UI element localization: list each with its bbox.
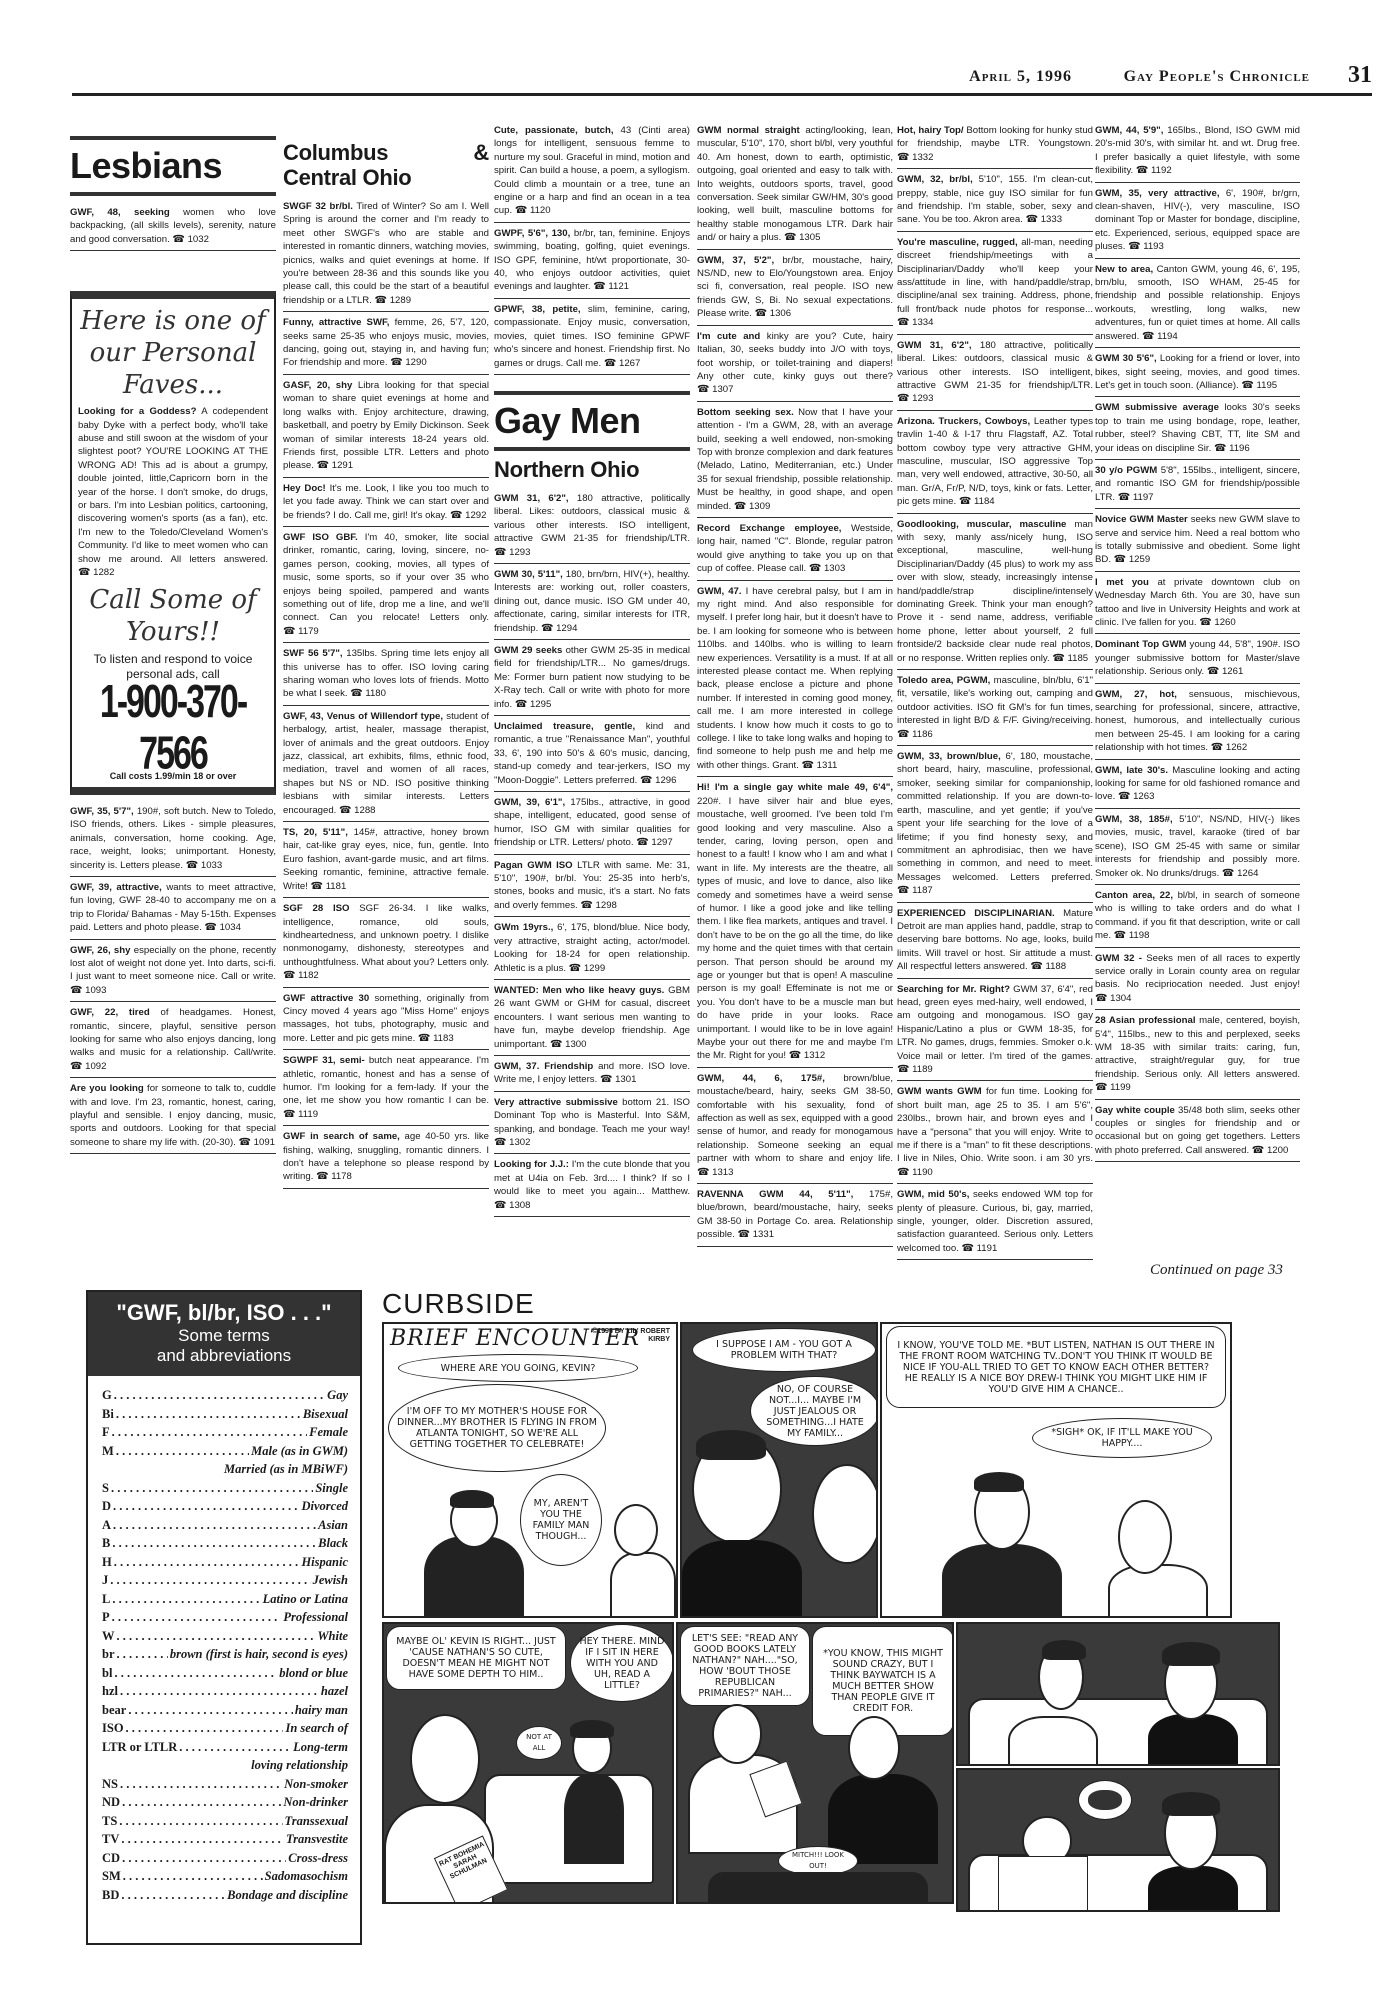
ad-lead: Looking for J.J.: (494, 1159, 569, 1170)
ad-box-number[interactable]: ☎ 1312 (789, 1050, 825, 1061)
glossary-item: BBlack (102, 1534, 348, 1553)
ad-box-number[interactable]: ☎ 1305 (784, 232, 820, 243)
faves-heading: Here is one of our Personal Faves... (78, 305, 268, 401)
personal-ad: GWM wants GWM for fun time. Looking for … (897, 1081, 1093, 1184)
comic-panel-7 (956, 1768, 1280, 1912)
box-number: 1267 (619, 358, 640, 369)
ad-text: I'm 40, smoker, lite social drinker, rom… (283, 532, 489, 623)
ad-box-number[interactable]: ☎ 1299 (569, 963, 605, 974)
ad-box-number[interactable]: ☎ 1267 (604, 358, 640, 369)
glossary-definition: blond or blue (279, 1664, 348, 1683)
glossary-item: FFemale (102, 1423, 348, 1442)
ad-box-number[interactable]: ☎ 1297 (636, 837, 672, 848)
box-number: 1313 (712, 1167, 733, 1178)
phone-icon: ☎ (1030, 961, 1042, 972)
phone-icon: ☎ (186, 860, 198, 871)
glossary-item: blblond or blue (102, 1664, 348, 1683)
box-number: 1091 (254, 1137, 275, 1148)
ad-box-number[interactable]: ☎ 1313 (697, 1167, 733, 1178)
box-number: 1294 (556, 623, 577, 634)
ad-box-number[interactable]: ☎ 1301 (600, 1074, 636, 1085)
ad-box-number[interactable]: ☎ 1296 (640, 775, 676, 786)
phone-icon: ☎ (70, 985, 82, 996)
glossary-definition: Divorced (301, 1497, 348, 1516)
phone-icon: ☎ (515, 205, 527, 216)
speech-bubble: HEY THERE. MIND IF I SIT IN HERE WITH YO… (570, 1624, 674, 1702)
dot-leader (121, 1886, 225, 1905)
box-number: 1293 (509, 547, 530, 558)
glossary-abbr: ISO (102, 1719, 124, 1738)
box-number: 1120 (530, 205, 551, 216)
glossary-item: TVTransvestite (102, 1830, 348, 1849)
glossary-definition: Transvestite (286, 1830, 348, 1849)
box-number: 1188 (1045, 961, 1066, 972)
ad-box-number[interactable]: ☎ 1308 (494, 1200, 530, 1211)
ad-lead: GWM, 35, very attractive, (1095, 188, 1220, 199)
personal-ad: SWGF 32 br/bl. Tired of Winter? So am I.… (283, 196, 489, 312)
glossary-definition: Transsexual (285, 1812, 348, 1831)
phone-icon: ☎ (897, 729, 909, 740)
phone-icon: ☎ (897, 1167, 909, 1178)
ad-text: 220#. I have silver hair and blue eyes, … (697, 796, 893, 1062)
ad-box-number[interactable]: ☎ 1092 (70, 1061, 106, 1072)
ad-box-number[interactable]: ☎ 1332 (897, 152, 933, 163)
ad-box-number[interactable]: ☎ 1295 (515, 699, 551, 710)
ad-text: 6', 180, moustache, short beard, hairy, … (897, 751, 1093, 883)
ad-box-number[interactable]: ☎ 1189 (897, 1064, 933, 1075)
box-number: 1198 (1129, 930, 1150, 941)
featured-ad: Looking for a Goddess? A codependent bab… (78, 401, 268, 583)
phone-icon: ☎ (1118, 492, 1130, 503)
scribble-icon (1088, 1790, 1122, 1810)
dot-leader (117, 1627, 316, 1646)
personal-ad: Hot, hairy Top/ Bottom looking for hunky… (897, 120, 1093, 169)
glossary-definition: Professional (283, 1608, 348, 1627)
personal-ad: I'm cute and kinky are you? Cute, hairy … (697, 326, 893, 402)
phone-icon: ☎ (734, 501, 746, 512)
ad-box-number[interactable]: ☎ 1292 (450, 510, 486, 521)
ad-box-number[interactable]: ☎ 1032 (172, 234, 208, 245)
character-kevin (942, 1544, 1062, 1618)
personal-ad: GWM, 32, br/bl, 5'10", 155. I'm clean-cu… (897, 169, 1093, 232)
thought-bubble: LET'S SEE: "READ ANY GOOD BOOKS LATELY N… (680, 1626, 810, 1706)
personal-faves-box: Here is one of our Personal Faves... Loo… (70, 291, 276, 795)
ad-lead: GWM normal straight (697, 125, 800, 136)
box-number: 1295 (530, 699, 551, 710)
ad-lead: Bottom seeking sex. (697, 407, 794, 418)
box-number: 1297 (651, 837, 672, 848)
ad-box-number[interactable]: ☎ 1120 (515, 205, 551, 216)
glossary-definition: Latino or Latina (263, 1590, 348, 1609)
ad-box-number[interactable]: ☎ 1333 (1026, 214, 1062, 225)
ad-list: GWF, 48, seeking women who love backpack… (70, 202, 276, 251)
dot-leader (114, 1386, 325, 1405)
ad-list: Hot, hairy Top/ Bottom looking for hunky… (897, 120, 1093, 1260)
personal-ad: GPWF, 38, petite, slim, feminine, caring… (494, 299, 690, 375)
call-heading: Call Some of Yours!! (78, 584, 268, 648)
phone-icon: ☎ (1211, 742, 1223, 753)
dot-leader (112, 1608, 282, 1627)
ad-box-number[interactable]: ☎ 1190 (897, 1167, 933, 1178)
phone-icon: ☎ (897, 1064, 909, 1075)
ad-box-number[interactable]: ☎ 1180 (350, 688, 386, 699)
dot-leader (126, 1719, 284, 1738)
ad-box-number[interactable]: ☎ 1188 (1030, 961, 1066, 972)
personal-ad: SGF 28 ISO SGF 26-34. I like walks, inte… (283, 898, 489, 987)
glossary-item: NSNon-smoker (102, 1775, 348, 1794)
ad-box-number[interactable]: ☎ 1193 (1128, 241, 1164, 252)
character-hair (570, 1720, 614, 1738)
box-number: 1262 (1226, 742, 1247, 753)
glossary-abbr: bear (102, 1701, 126, 1720)
section-heading-gay-men: Gay Men (494, 391, 690, 451)
ad-box-number[interactable]: ☎ 1182 (283, 970, 319, 981)
personal-ad: GWF, 48, seeking women who love backpack… (70, 202, 276, 251)
ad-lead: 28 Asian professional (1095, 1015, 1196, 1026)
box-number: 1307 (712, 384, 733, 395)
ad-box-number[interactable]: ☎ 1191 (962, 1243, 998, 1254)
box-number: 1331 (753, 1229, 774, 1240)
glossary-abbr: J (102, 1571, 108, 1590)
ad-lead: Novice GWM Master (1095, 514, 1188, 525)
speech-bubble: I'M OFF TO MY MOTHER'S HOUSE FOR DINNER.… (388, 1384, 606, 1472)
ad-box-number[interactable]: ☎ 1184 (959, 496, 995, 507)
character-hair (696, 1430, 766, 1460)
ad-lead: GWF, 48, seeking (70, 207, 170, 218)
phone-icon: ☎ (640, 775, 652, 786)
dot-leader (128, 1701, 293, 1720)
glossary-abbr: B (102, 1534, 110, 1553)
phone-icon: ☎ (390, 357, 402, 368)
phone-icon: ☎ (515, 699, 527, 710)
box-number: 1301 (615, 1074, 636, 1085)
phone-icon: ☎ (1128, 241, 1140, 252)
personal-ad: 30 y/o PGWM 5'8", 155lbs., intelligent, … (1095, 460, 1300, 509)
personal-ad: Searching for Mr. Right? GWM 37, 6'4", r… (897, 979, 1093, 1082)
ad-text: for fun time. Looking for short built ma… (897, 1086, 1093, 1164)
ad-lead: Dominant Top GWM (1095, 639, 1187, 650)
ad-box-number[interactable]: ☎ 1293 (494, 547, 530, 558)
glossary-abbr: M (102, 1442, 114, 1461)
phone-icon: ☎ (550, 1039, 562, 1050)
glossary-definition: hazel (321, 1682, 348, 1701)
ad-lead: GWF, 26, shy (70, 945, 130, 956)
box-number: 1333 (1041, 214, 1062, 225)
column-2: Columbus & Central Ohio SWGF 32 br/bl. T… (283, 120, 489, 1189)
glossary-definition: Black (318, 1534, 348, 1553)
ad-box-number[interactable]: ☎ 1178 (316, 1171, 352, 1182)
phone-icon: ☎ (172, 234, 184, 245)
box-number: 1180 (365, 688, 386, 699)
ad-lead: Goodlooking, muscular, masculine (897, 519, 1066, 530)
dot-leader (122, 1849, 286, 1868)
glossary-item: BiBisexual (102, 1405, 348, 1424)
ad-box-number[interactable]: ☎ 1185 (1052, 653, 1088, 664)
ad-lead: GWM, 32, br/bl, (897, 174, 973, 185)
character-hair (1042, 1640, 1086, 1660)
ad-box-number[interactable]: ☎ 1263 (1118, 791, 1154, 802)
glossary-abbr: TS (102, 1812, 117, 1831)
personal-ad: Canton area, 22, bl/bl, in search of som… (1095, 885, 1300, 948)
dot-leader (114, 1553, 300, 1572)
phone-icon: ☎ (600, 1074, 612, 1085)
ad-box-number[interactable]: ☎ 1033 (186, 860, 222, 871)
ad-box-number[interactable]: ☎ 1195 (1241, 380, 1277, 391)
ad-box-number[interactable]: ☎ 1121 (593, 281, 629, 292)
ad-lead: Funny, attractive SWF, (283, 317, 389, 328)
box-number: 1290 (405, 357, 426, 368)
character-head (812, 1464, 878, 1564)
ad-lead: GWM, 27, hot, (1095, 689, 1177, 700)
comic-panel-3: I KNOW, YOU'VE TOLD ME. *BUT LISTEN, NAT… (880, 1322, 1232, 1618)
ad-box-number[interactable]: ☎ 1307 (697, 384, 733, 395)
ad-box-number[interactable]: ☎ 1093 (70, 985, 106, 996)
glossary-definition: Non-smoker (284, 1775, 348, 1794)
ad-lead: GWM 30 5'6", (1095, 353, 1157, 364)
ad-box-number[interactable]: ☎ 1260 (1199, 617, 1235, 628)
dot-leader (113, 1497, 299, 1516)
personal-ad: Goodlooking, muscular, masculine man wit… (897, 514, 1093, 670)
ad-lead: GWM, 44, 5'9", (1095, 125, 1163, 136)
character-body (682, 1540, 802, 1618)
phone-icon: ☎ (569, 963, 581, 974)
ad-box-number[interactable]: ☎ 1311 (802, 760, 838, 771)
phone-icon: ☎ (1136, 165, 1148, 176)
box-number: 1184 (974, 496, 995, 507)
ad-box-number[interactable]: ☎ 1197 (1118, 492, 1154, 503)
ad-box-number[interactable]: ☎ 1304 (1095, 993, 1131, 1004)
glossary-title: "GWF, bl/br, ISO . . ." (92, 1300, 356, 1326)
ad-text: Leather types travlin 1-40 & I-17 thru F… (897, 416, 1093, 507)
speech-bubble: I KNOW, YOU'VE TOLD ME. *BUT LISTEN, NAT… (886, 1326, 1226, 1408)
ad-lead: Searching for Mr. Right? (897, 984, 1010, 995)
glossary-definition: Bisexual (303, 1405, 348, 1424)
glossary-item: CDCross-dress (102, 1849, 348, 1868)
glossary-header: "GWF, bl/br, ISO . . ." Some terms and a… (88, 1292, 360, 1376)
ad-box-number[interactable]: ☎ 1331 (738, 1229, 774, 1240)
ad-box-number[interactable]: ☎ 1187 (897, 885, 933, 896)
character-hair (450, 1490, 494, 1508)
glossary-definition: loving relationship (251, 1756, 348, 1775)
glossary-item: hzlhazel (102, 1682, 348, 1701)
ad-box-number[interactable]: ☎ 1183 (418, 1033, 454, 1044)
ad-box-number[interactable]: ☎ 1261 (1207, 666, 1243, 677)
ad-box-number[interactable]: ☎ 1309 (734, 501, 770, 512)
dot-leader (117, 1645, 168, 1664)
phone-icon: ☎ (1142, 331, 1154, 342)
glossary-abbr: CD (102, 1849, 120, 1868)
ad-box-number[interactable]: ☎ 1119 (283, 1109, 318, 1120)
ad-list: Cute, passionate, butch, 43 (Cinti area)… (494, 120, 690, 375)
dot-leader (179, 1738, 291, 1757)
phone-icon: ☎ (350, 688, 362, 699)
ad-lead: Cute, passionate, butch, (494, 125, 614, 136)
personal-ad: GWPF, 5'6", 130, br/br, tan, feminine. E… (494, 223, 690, 299)
phone-icon: ☎ (897, 885, 909, 896)
glossary-item: PProfessional (102, 1608, 348, 1627)
ad-box-number[interactable]: ☎ 1290 (390, 357, 426, 368)
phone-icon: ☎ (962, 1243, 974, 1254)
personal-ad: EXPERIENCED DISCIPLINARIAN. Mature Detro… (897, 903, 1093, 979)
ad-box-number[interactable]: ☎ 1199 (1095, 1082, 1131, 1093)
box-number: 1034 (220, 922, 241, 933)
box-number: 1332 (912, 152, 933, 163)
personal-ad: RAVENNA GWM 44, 5'11", 175#, blue/brown,… (697, 1184, 893, 1247)
glossary-item: Married (as in MBiWF) (102, 1460, 348, 1479)
box-number: 1121 (608, 281, 629, 292)
ad-lead: GWM, 44, 6, 175#, (697, 1073, 825, 1084)
glossary-abbr: G (102, 1386, 112, 1405)
box-number: 1260 (1214, 617, 1235, 628)
glossary-definition: Sadomasochism (265, 1867, 348, 1886)
comic-credit: ©1996 BY LIL' ROBERT KIRBY (590, 1328, 670, 1344)
personal-ad: Novice GWM Master seeks new GWM slave to… (1095, 509, 1300, 572)
ad-box-number[interactable]: ☎ 1302 (494, 1137, 530, 1148)
ad-lead: GWF, 22, tired (70, 1007, 150, 1018)
ad-box-number[interactable]: ☎ 1198 (1114, 930, 1150, 941)
ad-box-number[interactable]: ☎ 1179 (283, 626, 319, 637)
glossary-definition: Gay (327, 1386, 348, 1405)
ad-lead: GWM, 38, 185#, (1095, 814, 1173, 825)
ad-lead: GWM, 37. Friendship (494, 1061, 593, 1072)
ad-box-number[interactable]: ☎ 1298 (580, 900, 616, 911)
phone-icon: ☎ (593, 281, 605, 292)
ad-box-number[interactable]: ☎ 1192 (1136, 165, 1172, 176)
glossary-definition: In search of (285, 1719, 348, 1738)
glossary-abbr: hzl (102, 1682, 118, 1701)
personal-ad: Funny, attractive SWF, femme, 26, 5'7, 1… (283, 312, 489, 375)
personal-ad: GWM, 39, 6'1", 175lbs., attractive, in g… (494, 792, 690, 855)
character-kevin (424, 1536, 524, 1618)
personal-ad: GWM, 37. Friendship and more. ISO love. … (494, 1056, 690, 1092)
ad-box-number[interactable]: ☎ 1291 (317, 460, 353, 471)
ad-box-number[interactable]: ☎ 1200 (1252, 1145, 1288, 1156)
ad-box-number[interactable]: ☎ 1186 (897, 729, 933, 740)
ad-box-number[interactable]: ☎ 1293 (897, 393, 933, 404)
personal-ad: GWM 31, 6'2", 180 attractive, politicall… (897, 335, 1093, 411)
glossary-definition: Bondage and discipline (227, 1886, 348, 1905)
ad-box-number[interactable]: ☎ 1091 (239, 1137, 275, 1148)
glossary-item: TSTranssexual (102, 1812, 348, 1831)
personal-ad: Looking for J.J.: I'm the cute blonde th… (494, 1154, 690, 1217)
comic-panel-2: I SUPPOSE I AM - YOU GOT A PROBLEM WITH … (680, 1322, 878, 1618)
ad-lead: Unclaimed treasure, gentle, (494, 721, 635, 732)
ad-lead: WANTED: Men who like heavy guys. (494, 985, 664, 996)
ad-lead: You're masculine, rugged, (897, 237, 1018, 248)
dot-leader (112, 1423, 307, 1442)
glossary-definition: brown (first is hair, second is eyes) (170, 1645, 348, 1664)
character-head (614, 1504, 658, 1556)
ad-list: GWM normal straight acting/looking, lean… (697, 120, 893, 1247)
dot-leader (120, 1682, 319, 1701)
dot-leader (116, 1405, 301, 1424)
phone-icon: ☎ (1026, 214, 1038, 225)
dot-leader (110, 1571, 310, 1590)
personal-ad: GWM, 47. I have cerebral palsy, but I am… (697, 581, 893, 778)
ad-lead: GWM 32 - (1095, 953, 1142, 964)
paper-name: Gay People's Chronicle (1124, 68, 1310, 86)
ad-lead: GWM, 47. (697, 586, 742, 597)
glossary-item: SMSadomasochism (102, 1867, 348, 1886)
phone-icon: ☎ (283, 1109, 295, 1120)
personal-ad: I met you at private downtown club on We… (1095, 572, 1300, 635)
box-number: 1197 (1133, 492, 1154, 503)
glossary-definition: White (317, 1627, 348, 1646)
glossary-definition: Married (as in MBiWF) (224, 1460, 348, 1479)
ad-box-number[interactable]: ☎ 1181 (311, 881, 347, 892)
glossary-item: MMale (as in GWM) (102, 1442, 348, 1461)
thought-bubble: MAYBE OL' KEVIN IS RIGHT... JUST 'CAUSE … (386, 1626, 566, 1690)
continued-note[interactable]: Continued on page 33 (1150, 1262, 1283, 1279)
ad-text: brown/blue, moustache/beard, hairy, seek… (697, 1073, 893, 1164)
ad-lead: Canton area, 22, (1095, 890, 1173, 901)
ad-box-number[interactable]: ☎ 1294 (541, 623, 577, 634)
box-number: 1289 (390, 295, 411, 306)
phone-icon: ☎ (283, 970, 295, 981)
character-drew (610, 1552, 676, 1618)
glossary-item: AAsian (102, 1516, 348, 1535)
ad-box-number[interactable]: ☎ 1034 (204, 922, 240, 933)
ad-lead: I'm cute and (697, 331, 760, 342)
ad-box-number[interactable]: ☎ 1288 (339, 805, 375, 816)
phone-icon: ☎ (70, 1061, 82, 1072)
phone-icon: ☎ (311, 881, 323, 892)
page-number: 31 (1348, 62, 1372, 89)
phone-icon: ☎ (604, 358, 616, 369)
ad-box-number[interactable]: ☎ 1194 (1142, 331, 1178, 342)
ad-box-number[interactable]: ☎ 1300 (550, 1039, 586, 1050)
ad-box-number[interactable]: ☎ 1259 (1114, 554, 1150, 565)
glossary-item: LLatino or Latina (102, 1590, 348, 1609)
voice-personals-phone[interactable]: 1-900-370-7566 (78, 676, 268, 779)
character-hair (1162, 1792, 1220, 1816)
glossary-abbr: H (102, 1553, 112, 1572)
personal-ad: GWF attractive 30 something, originally … (283, 988, 489, 1051)
ad-lead: EXPERIENCED DISCIPLINARIAN. (897, 908, 1055, 919)
ad-text: student of herbalogy, artist, healer, ma… (283, 711, 489, 816)
ad-box-number[interactable]: ☎ 1306 (755, 308, 791, 319)
phone-icon: ☎ (494, 1137, 506, 1148)
comic-panel-6 (956, 1622, 1280, 1766)
book (998, 1856, 1088, 1912)
ad-box-number[interactable]: ☎ 1196 (1214, 443, 1250, 454)
ad-box-number[interactable]: ☎ 1303 (809, 563, 845, 574)
ad-box-number[interactable]: ☎ 1334 (897, 317, 933, 328)
ad-box-number[interactable]: ☎ 1264 (1222, 868, 1258, 879)
abbreviations-glossary: "GWF, bl/br, ISO . . ." Some terms and a… (86, 1290, 362, 1945)
glossary-definition: Single (315, 1479, 348, 1498)
dot-leader (114, 1664, 277, 1683)
glossary-item: DDivorced (102, 1497, 348, 1516)
personal-ad: GWF, 35, 5'7", 190#, soft butch. New to … (70, 801, 276, 877)
glossary-abbr: NS (102, 1775, 118, 1794)
ad-lead: GWm 19yrs., (494, 922, 553, 933)
box-number: 1296 (655, 775, 676, 786)
personal-ad: GWM 30, 5'11", 180, brn/brn, HIV(+), hea… (494, 564, 690, 640)
personal-ad: GWM 29 seeks other GWM 25-35 in medical … (494, 640, 690, 716)
phone-icon: ☎ (541, 623, 553, 634)
glossary-definition: Female (309, 1423, 348, 1442)
section-heading-lesbians: Lesbians (70, 136, 276, 196)
ad-text: man with sexy, manly ass/nicely hung, IS… (897, 519, 1093, 664)
personal-ad: GWF, 26, shy especially on the phone, re… (70, 940, 276, 1003)
glossary-item: SSingle (102, 1479, 348, 1498)
phone-icon: ☎ (784, 232, 796, 243)
ad-lead: Hi! I'm a single gay white male 49, 6'4"… (697, 782, 893, 793)
ad-box-number[interactable]: ☎ 1262 (1211, 742, 1247, 753)
ad-box-number[interactable]: ☎ 1289 (375, 295, 411, 306)
glossary-abbr: bl (102, 1664, 112, 1683)
